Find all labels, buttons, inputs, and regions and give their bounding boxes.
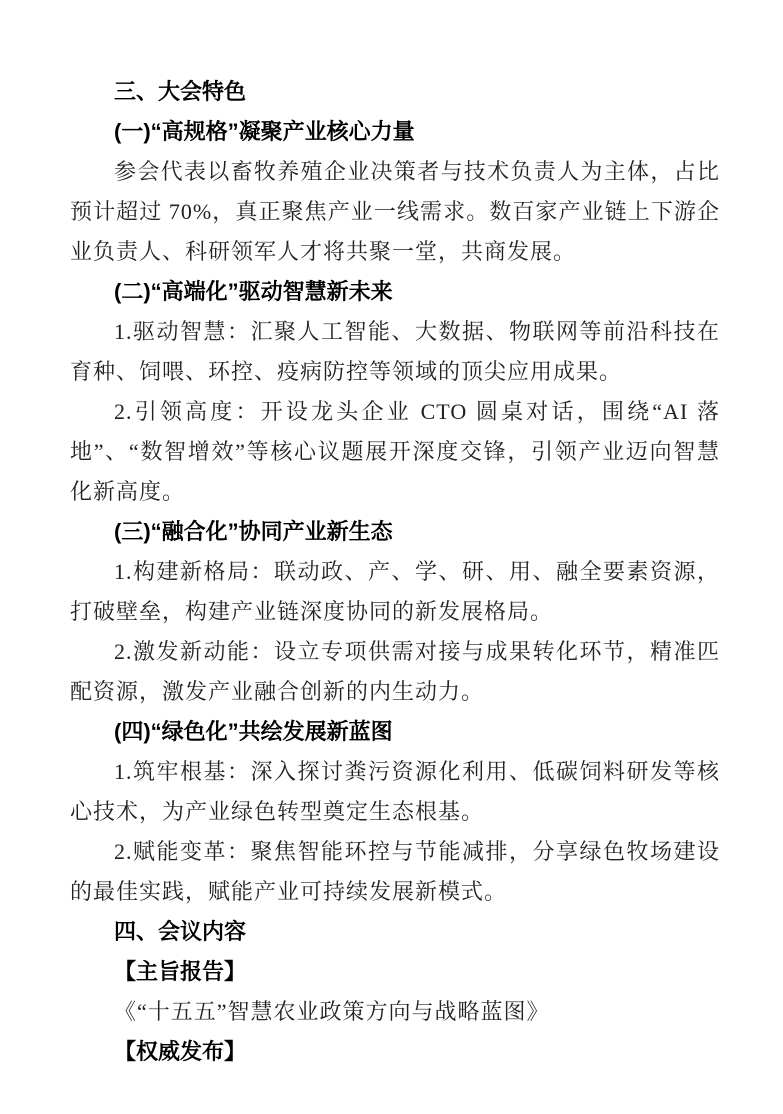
paragraph-feature-3-item-2: 2.激发新动能：设立专项供需对接与成果转化环节，精准匹配资源，激发产业融合创新的… <box>70 632 720 712</box>
heading-keynote-report: 【主旨报告】 <box>70 952 720 992</box>
heading-meeting-content: 四、会议内容 <box>70 912 720 952</box>
paragraph-feature-1: 参会代表以畜牧养殖企业决策者与技术负责人为主体，占比预计超过 70%，真正聚焦产… <box>70 152 720 272</box>
heading-feature-3: (三)“融合化”协同产业新生态 <box>70 512 720 552</box>
document-page: 三、大会特色 (一)“高规格”凝聚产业核心力量 参会代表以畜牧养殖企业决策者与技… <box>0 0 783 1114</box>
heading-authoritative-release: 【权威发布】 <box>70 1032 720 1072</box>
paragraph-feature-3-item-1: 1.构建新格局：联动政、产、学、研、用、融全要素资源，打破壁垒，构建产业链深度协… <box>70 552 720 632</box>
paragraph-feature-2-item-2: 2.引领高度：开设龙头企业 CTO 圆桌对话，围绕“AI 落地”、“数智增效”等… <box>70 392 720 512</box>
document-content: 三、大会特色 (一)“高规格”凝聚产业核心力量 参会代表以畜牧养殖企业决策者与技… <box>70 72 720 1072</box>
paragraph-feature-2-item-1: 1.驱动智慧：汇聚人工智能、大数据、物联网等前沿科技在育种、饲喂、环控、疫病防控… <box>70 312 720 392</box>
paragraph-keynote-title: 《“十五五”智慧农业政策方向与战略蓝图》 <box>70 992 720 1032</box>
heading-feature-4: (四)“绿色化”共绘发展新蓝图 <box>70 712 720 752</box>
paragraph-feature-4-item-1: 1.筑牢根基：深入探讨粪污资源化利用、低碳饲料研发等核心技术，为产业绿色转型奠定… <box>70 752 720 832</box>
heading-feature-1: (一)“高规格”凝聚产业核心力量 <box>70 112 720 152</box>
heading-conference-features: 三、大会特色 <box>70 72 720 112</box>
heading-feature-2: (二)“高端化”驱动智慧新未来 <box>70 272 720 312</box>
paragraph-feature-4-item-2: 2.赋能变革：聚焦智能环控与节能减排，分享绿色牧场建设的最佳实践，赋能产业可持续… <box>70 832 720 912</box>
